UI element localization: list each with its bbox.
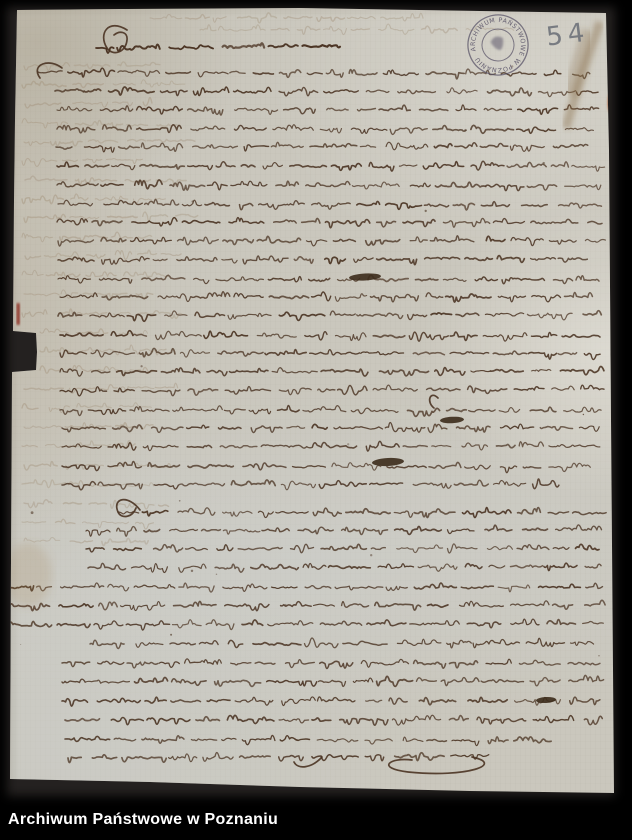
stamp-emblem [489,35,506,53]
manuscript-page: ARCHIWUM PAŃSTWOWE W POZNANIU 54 [0,0,632,840]
watermark-label: Archiwum Państwowe w Poznaniu [8,811,278,829]
handwriting-ink [5,43,606,762]
scan-stage: ARCHIWUM PAŃSTWOWE W POZNANIU 54 Archiwu… [0,0,632,840]
red-edge-mark [17,303,20,325]
stains [4,22,615,607]
page-number-annotation: 54 [545,18,591,53]
manuscript-overlay: ARCHIWUM PAŃSTWOWE W POZNANIU 54 [0,0,632,840]
corner-stain [4,543,52,607]
